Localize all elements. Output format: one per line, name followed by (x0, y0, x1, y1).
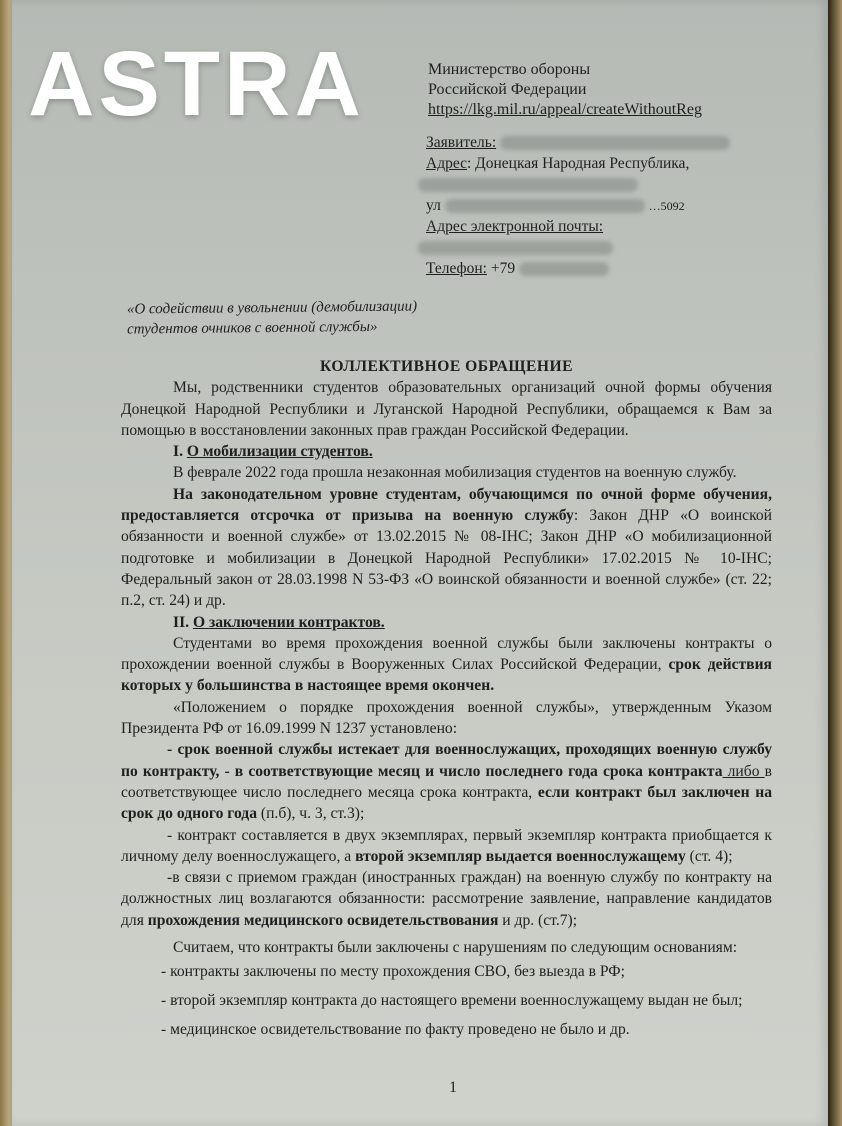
appeal-subject: «О содействии в увольнении (демобилизаци… (127, 296, 418, 339)
redacted-street (445, 199, 645, 213)
document-body: КОЛЛЕКТИВНОЕ ОБРАЩЕНИЕ Мы, родственники … (121, 356, 772, 1040)
rule-item-1: - срок военной службы истекает для военн… (121, 739, 772, 824)
applicant-block: Заявитель: Адрес: Донецкая Народная Респ… (426, 132, 730, 279)
addressee-block: Министерство обороны Российской Федераци… (428, 60, 702, 120)
phone-row: Телефон: +79 (426, 258, 730, 279)
addressee-line-2: Российской Федерации (428, 80, 702, 100)
rule-1-bold: - срок военной службы истекает для военн… (121, 741, 772, 779)
address-row: Адрес: Донецкая Народная Республика, (426, 153, 730, 174)
section-2-title: О заключении контрактов. (193, 614, 385, 631)
address-value: : Донецкая Народная Республика, (467, 155, 689, 172)
redacted-phone (519, 262, 609, 276)
rule-1-underlined: либо (723, 763, 765, 780)
addressee-link[interactable]: https://lkg.mil.ru/appeal/createWithoutR… (428, 100, 702, 120)
right-background-edge (828, 0, 842, 1126)
email-row: Адрес электронной почты: (426, 216, 730, 237)
section-1-paragraph-2: На законодательном уровне студентам, обу… (121, 484, 772, 612)
phone-label: Телефон: (426, 260, 487, 277)
rule-item-2: - контракт составляется в двух экземпляр… (121, 825, 772, 868)
violations-intro: Считаем, что контракты были заключены с … (121, 937, 772, 958)
email-label: Адрес электронной почты: (426, 218, 603, 235)
address-label: Адрес (426, 155, 467, 172)
rule-3-ref: и др. (ст.7); (498, 912, 577, 929)
rule-1-ref: (п.б), ч. 3, ст.3); (257, 805, 364, 822)
document-title: КОЛЛЕКТИВНОЕ ОБРАЩЕНИЕ (121, 356, 772, 377)
subject-line-2: студентов очников с военной службы» (127, 316, 417, 339)
page-number: 1 (449, 1079, 457, 1097)
intro-paragraph: Мы, родственники студентов образовательн… (121, 377, 772, 441)
astra-watermark: ASTRA (28, 38, 365, 130)
violation-item: - медицинское освидетельствование по фак… (121, 1019, 772, 1040)
section-2-paragraph-1: Студентами во время прохождения военной … (121, 633, 772, 697)
rule-item-3: -в связи с приемом граждан (иностранных … (121, 867, 772, 931)
redacted-email (418, 241, 613, 255)
section-1-paragraph-1: В феврале 2022 года прошла незаконная мо… (121, 462, 772, 483)
applicant-label: Заявитель: (426, 134, 496, 151)
addressee-line-1: Министерство обороны (428, 60, 702, 80)
section-2-paragraph-2: «Положением о порядке прохождения военно… (121, 697, 772, 740)
phone-value: +79 (491, 260, 515, 277)
redacted-name (500, 136, 730, 150)
address-redacted-row (426, 174, 730, 195)
section-1-title: О мобилизации студентов. (187, 443, 373, 460)
applicant-row: Заявитель: (426, 132, 730, 153)
street-suffix: …5092 (649, 199, 685, 213)
violation-item: - второй экземпляр контракта до настояще… (121, 986, 772, 1016)
section-1-number: I. (173, 443, 187, 460)
rule-2-ref: (ст. 4); (686, 848, 733, 865)
rule-3-bold: прохождения медицинского освидетельствов… (148, 912, 499, 929)
section-1-heading: I. О мобилизации студентов. (121, 441, 772, 462)
street-prefix: ул (426, 197, 441, 214)
violations-list: - контракты заключены по месту прохожден… (121, 961, 772, 1040)
rule-2-bold: второй экземпляр выдается военнослужащем… (355, 848, 686, 865)
section-2-heading: II. О заключении контрактов. (121, 612, 772, 633)
email-redacted-row (426, 237, 730, 258)
section-2-number: II. (173, 614, 193, 631)
redacted-address-1 (418, 178, 638, 192)
street-row: ул …5092 (426, 195, 730, 216)
violation-item: - контракты заключены по месту прохожден… (121, 961, 772, 982)
